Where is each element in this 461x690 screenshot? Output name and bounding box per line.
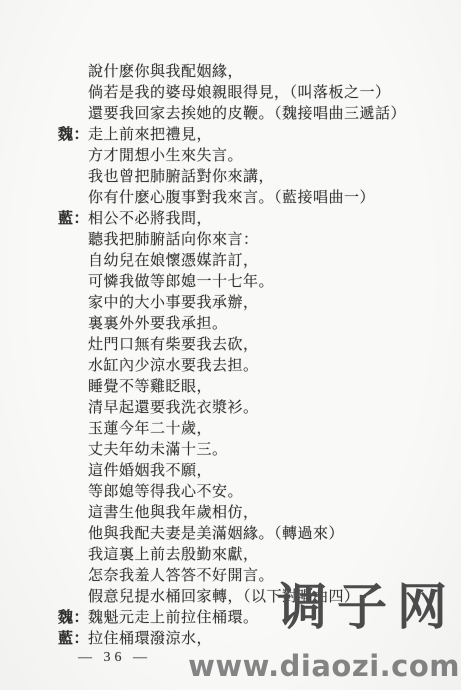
script-line: 等郎媳等得我心不安。 <box>58 482 438 503</box>
speaker-label <box>58 377 88 398</box>
speaker-label <box>58 356 88 377</box>
speaker-label <box>58 335 88 356</box>
line-text: 魏魁元走上前拉住桶環。 <box>88 608 259 629</box>
speaker-label <box>58 188 88 209</box>
text-block: 說什麽你與我配姻緣，倘若是我的婆母娘親眼得見，（叫落板之一）還要我回家去挨她的皮… <box>58 62 438 650</box>
line-text: 我也曾把肺腑話對你來講， <box>88 167 274 188</box>
script-line: 魏：走上前來把禮見， <box>58 125 438 146</box>
line-text: 丈夫年幼未滿十三。 <box>88 440 228 461</box>
script-line: 你有什麽心腹事對我來言。（藍接唱曲一） <box>58 188 438 209</box>
line-text: 這件婚姻我不願， <box>88 461 212 482</box>
line-text: 相公不必將我問， <box>88 209 212 230</box>
line-text: 說什麽你與我配姻緣， <box>88 62 243 83</box>
line-text: 還要我回家去挨她的皮鞭。（魏接唱曲三遞話） <box>88 104 406 125</box>
speaker-label <box>58 251 88 272</box>
speaker-label <box>58 566 88 587</box>
line-text: 裏裏外外要我承担。 <box>88 314 228 335</box>
speaker-label <box>58 104 88 125</box>
speaker-label: 藍： <box>58 629 88 650</box>
line-text: 怎奈我羞人答答不好開言。 <box>88 566 274 587</box>
line-text: 清早起還要我洗衣漿衫。 <box>88 398 259 419</box>
scanned-script-page: 說什麽你與我配姻緣，倘若是我的婆母娘親眼得見，（叫落板之一）還要我回家去挨她的皮… <box>0 0 461 690</box>
speaker-label <box>58 440 88 461</box>
speaker-label <box>58 482 88 503</box>
line-text: 你有什麽心腹事對我來言。（藍接唱曲一） <box>88 188 375 209</box>
script-line: 丈夫年幼未滿十三。 <box>58 440 438 461</box>
speaker-label <box>58 83 88 104</box>
speaker-label: 藍： <box>58 209 88 230</box>
line-text: 水缸內少涼水要我去担。 <box>88 356 259 377</box>
speaker-label <box>58 461 88 482</box>
line-text: 這書生他與我年歲相仿， <box>88 503 259 524</box>
speaker-label <box>58 587 88 608</box>
speaker-label <box>58 146 88 167</box>
speaker-label <box>58 398 88 419</box>
script-line: 家中的大小事要我承辦， <box>58 293 438 314</box>
speaker-label <box>58 167 88 188</box>
speaker-label <box>58 62 88 83</box>
script-line: 他與我配夫妻是美滿姻緣。（轉過來） <box>58 524 438 545</box>
line-text: 我這裏上前去殷勤來獻， <box>88 545 259 566</box>
speaker-label <box>58 230 88 251</box>
speaker-label: 魏： <box>58 125 88 146</box>
script-line: 可憐我做等郎媳一十七年。 <box>58 272 438 293</box>
line-text: 等郎媳等得我心不安。 <box>88 482 243 503</box>
speaker-label: 魏： <box>58 608 88 629</box>
line-text: 家中的大小事要我承辦， <box>88 293 259 314</box>
line-text: 睡覺不等雞眨眼， <box>88 377 212 398</box>
line-text: 他與我配夫妻是美滿姻緣。（轉過來） <box>88 524 344 545</box>
script-line: 自幼兒在娘懷憑媒許訂， <box>58 251 438 272</box>
line-text: 可憐我做等郎媳一十七年。 <box>88 272 274 293</box>
speaker-label <box>58 272 88 293</box>
script-line: 我也曾把肺腑話對你來講， <box>58 167 438 188</box>
line-text: 聽我把肺腑話向你來言： <box>88 230 259 251</box>
line-text: 方才閒想小生來失言。 <box>88 146 243 167</box>
script-line: 說什麽你與我配姻緣， <box>58 62 438 83</box>
watermark-site-name: 调子网 <box>277 582 457 632</box>
speaker-label <box>58 419 88 440</box>
page-number: — 36 — <box>78 650 151 666</box>
script-line: 裏裏外外要我承担。 <box>58 314 438 335</box>
script-line: 灶門口無有柴要我去砍， <box>58 335 438 356</box>
speaker-label <box>58 524 88 545</box>
script-line: 水缸內少涼水要我去担。 <box>58 356 438 377</box>
speaker-label <box>58 503 88 524</box>
line-text: 灶門口無有柴要我去砍， <box>88 335 259 356</box>
script-line: 方才閒想小生來失言。 <box>58 146 438 167</box>
script-line: 這件婚姻我不願， <box>58 461 438 482</box>
script-line: 睡覺不等雞眨眼， <box>58 377 438 398</box>
speaker-label <box>58 545 88 566</box>
line-text: 走上前來把禮見， <box>88 125 212 146</box>
line-text: 自幼兒在娘懷憑媒許訂， <box>88 251 259 272</box>
line-text: 玉蓮今年二十歲， <box>88 419 212 440</box>
script-line: 清早起還要我洗衣漿衫。 <box>58 398 438 419</box>
script-line: 藍：相公不必將我問， <box>58 209 438 230</box>
speaker-label <box>58 314 88 335</box>
script-line: 這書生他與我年歲相仿， <box>58 503 438 524</box>
script-line: 我這裏上前去殷勤來獻， <box>58 545 438 566</box>
speaker-label <box>58 293 88 314</box>
line-text: 拉住桶環潑涼水， <box>88 629 212 650</box>
script-line: 還要我回家去挨她的皮鞭。（魏接唱曲三遞話） <box>58 104 438 125</box>
script-line: 玉蓮今年二十歲， <box>58 419 438 440</box>
script-line: 聽我把肺腑話向你來言： <box>58 230 438 251</box>
script-line: 倘若是我的婆母娘親眼得見，（叫落板之一） <box>58 83 438 104</box>
watermark-site-url: www.diaozi.com <box>188 650 460 682</box>
line-text: 倘若是我的婆母娘親眼得見，（叫落板之一） <box>88 83 391 104</box>
